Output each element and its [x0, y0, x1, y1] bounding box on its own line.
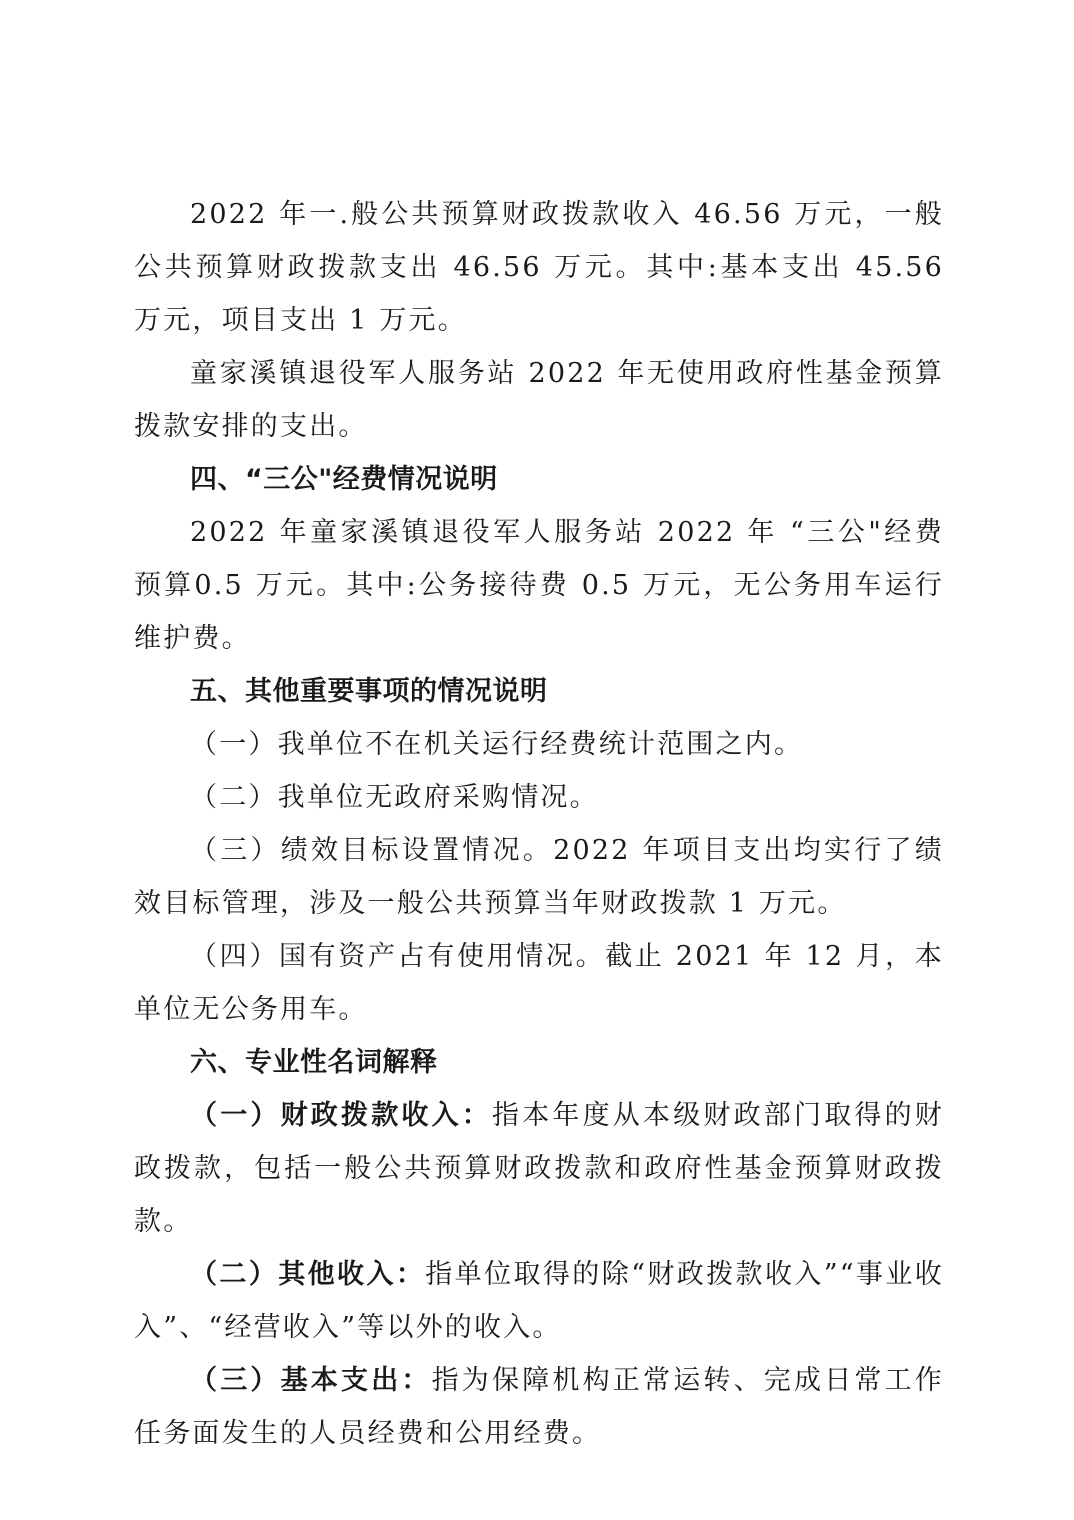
item-state-assets: （四）国有资产占有使用情况。截止 2021 年 12 月，本单位无公务用车。 [134, 930, 944, 1036]
section-heading-glossary: 六、专业性名词解释 [134, 1036, 944, 1089]
section-heading-three-public: 四、“三公"经费情况说明 [134, 453, 944, 506]
glossary-item-basic-expenditure: （三）基本支出：指为保障机构正常运转、完成日常工作任务面发生的人员经费和公用经费… [134, 1354, 944, 1460]
glossary-term: （二）其他收入： [190, 1259, 425, 1290]
paragraph-general-budget: 2022 年一.般公共预算财政拨款收入 46.56 万元，一般公共预算财政拨款支… [134, 188, 944, 347]
item-operating-expense: （一）我单位不在机关运行经费统计范围之内。 [134, 718, 944, 771]
item-procurement: （二）我单位无政府采购情况。 [134, 771, 944, 824]
paragraph-fund-budget: 童家溪镇退役军人服务站 2022 年无使用政府性基金预算拨款安排的支出。 [134, 347, 944, 453]
glossary-item-other-income: （二）其他收入：指单位取得的除“财政拨款收入”“事业收入”、“经营收入”等以外的… [134, 1248, 944, 1354]
glossary-term: （三）基本支出： [190, 1365, 432, 1396]
document-page: 2022 年一.般公共预算财政拨款收入 46.56 万元，一般公共预算财政拨款支… [134, 188, 944, 1460]
glossary-item-fiscal-income: （一）财政拨款收入：指本年度从本级财政部门取得的财政拨款，包括一般公共预算财政拨… [134, 1089, 944, 1248]
section-heading-other-matters: 五、其他重要事项的情况说明 [134, 665, 944, 718]
item-performance-goals: （三）绩效目标设置情况。2022 年项目支出均实行了绩效目标管理，涉及一般公共预… [134, 824, 944, 930]
glossary-term: （一）财政拨款收入： [190, 1100, 492, 1131]
paragraph-three-public: 2022 年童家溪镇退役军人服务站 2022 年 “三公"经费预算0.5 万元。… [134, 506, 944, 665]
